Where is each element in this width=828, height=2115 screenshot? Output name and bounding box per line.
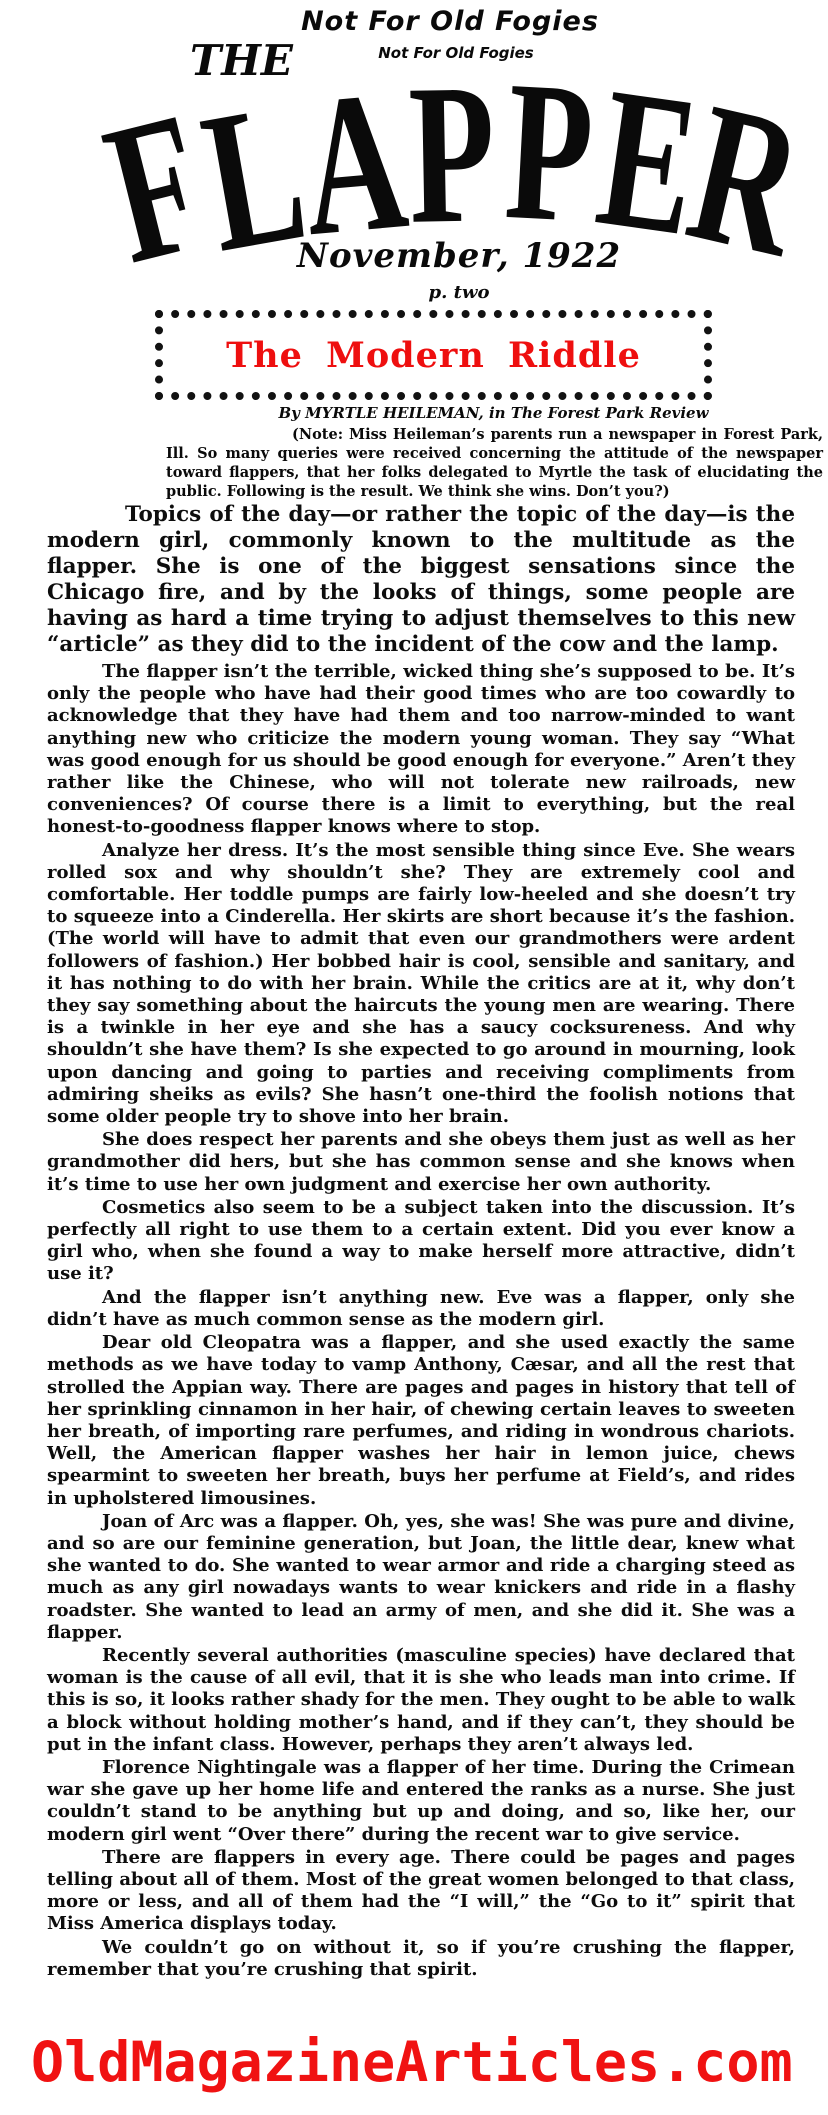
paragraph: She does respect her parents and she obe… bbox=[47, 1129, 795, 1196]
paragraph: Dear old Cleopatra was a flapper, and sh… bbox=[47, 1332, 795, 1510]
paragraph: Recently several authorities (masculine … bbox=[47, 1645, 795, 1756]
paragraph: Cosmetics also seem to be a subject take… bbox=[47, 1197, 795, 1286]
editor-note: (Note: Miss Heileman’s parents run a new… bbox=[166, 425, 823, 501]
watermark-oldmagazinearticles: OldMagazineArticles.com bbox=[31, 2030, 793, 2094]
paragraph: Joan of Arc was a flapper. Oh, yes, she … bbox=[47, 1511, 795, 1644]
article-title-box: The Modern Riddle bbox=[155, 310, 712, 400]
article-title: The Modern Riddle bbox=[226, 335, 641, 376]
article-body: Topics of the day—or rather the topic of… bbox=[47, 502, 795, 1981]
paragraph: Florence Nightingale was a flapper of he… bbox=[47, 1757, 795, 1846]
byline: By MYRTLE HEILEMAN, in The Forest Park R… bbox=[165, 404, 822, 422]
page-number: p. two bbox=[90, 282, 828, 303]
svg-text:P: P bbox=[501, 40, 598, 265]
paragraph: And the flapper isn’t anything new. Eve … bbox=[47, 1287, 795, 1331]
paragraph: Topics of the day—or rather the topic of… bbox=[47, 502, 795, 658]
svg-text:P: P bbox=[407, 43, 496, 266]
issue-date: November, 1922 bbox=[90, 236, 828, 276]
paragraph: There are flappers in every age. There c… bbox=[47, 1847, 795, 1936]
magazine-page: Not For Old Fogies Not For Old Fogies TH… bbox=[0, 0, 828, 2115]
paragraph: We couldn’t go on without it, so if you’… bbox=[47, 1937, 795, 1981]
paragraph: The flapper isn’t the terrible, wicked t… bbox=[47, 661, 795, 839]
paragraph: Analyze her dress. It’s the most sensibl… bbox=[47, 840, 795, 1129]
